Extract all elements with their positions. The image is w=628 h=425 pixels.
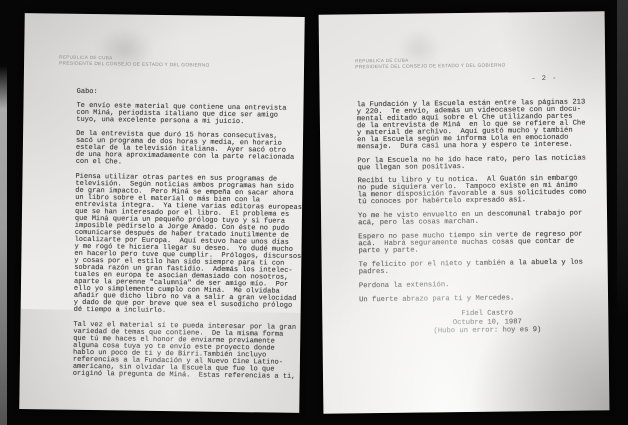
letterhead: REPUBLICA DE CUBA PRESIDENTE DEL CONSEJO…: [59, 55, 210, 69]
letterhead-line2: PRESIDENTE DEL CONSEJO DE ESTADO Y DEL G…: [59, 62, 210, 69]
left-edge-object: [0, 66, 7, 425]
letter-page-2: REPUBLICA DE CUBA PRESIDENTE DEL CONSEJO…: [319, 11, 610, 413]
photo-background: REPUBLICA DE CUBA PRESIDENTE DEL CONSEJO…: [0, 0, 628, 425]
page-number: - 2 -: [531, 75, 557, 83]
letterhead-2: REPUBLICA DE CUBA PRESIDENTE DEL CONSEJO…: [355, 56, 506, 70]
letterhead-line1: REPUBLICA DE CUBA: [59, 55, 210, 62]
signature-block: Fidel Castro Octubre 10, 1987 (Hubo un e…: [394, 309, 580, 337]
page-1-light-shadow: [19, 309, 300, 413]
signature-note: (Hubo un error: hoy es 9): [394, 326, 580, 337]
letterhead-2-line1: REPUBLICA DE CUBA: [355, 56, 506, 63]
letter-body-page-2: la Fundación y la Escuela están entre la…: [357, 100, 588, 304]
right-edge-shadow: [617, 0, 628, 320]
letter-page-1: REPUBLICA DE CUBA PRESIDENTE DEL CONSEJO…: [19, 13, 305, 413]
letterhead-2-line2: PRESIDENTE DEL CONSEJO DE ESTADO Y DEL G…: [355, 64, 506, 71]
